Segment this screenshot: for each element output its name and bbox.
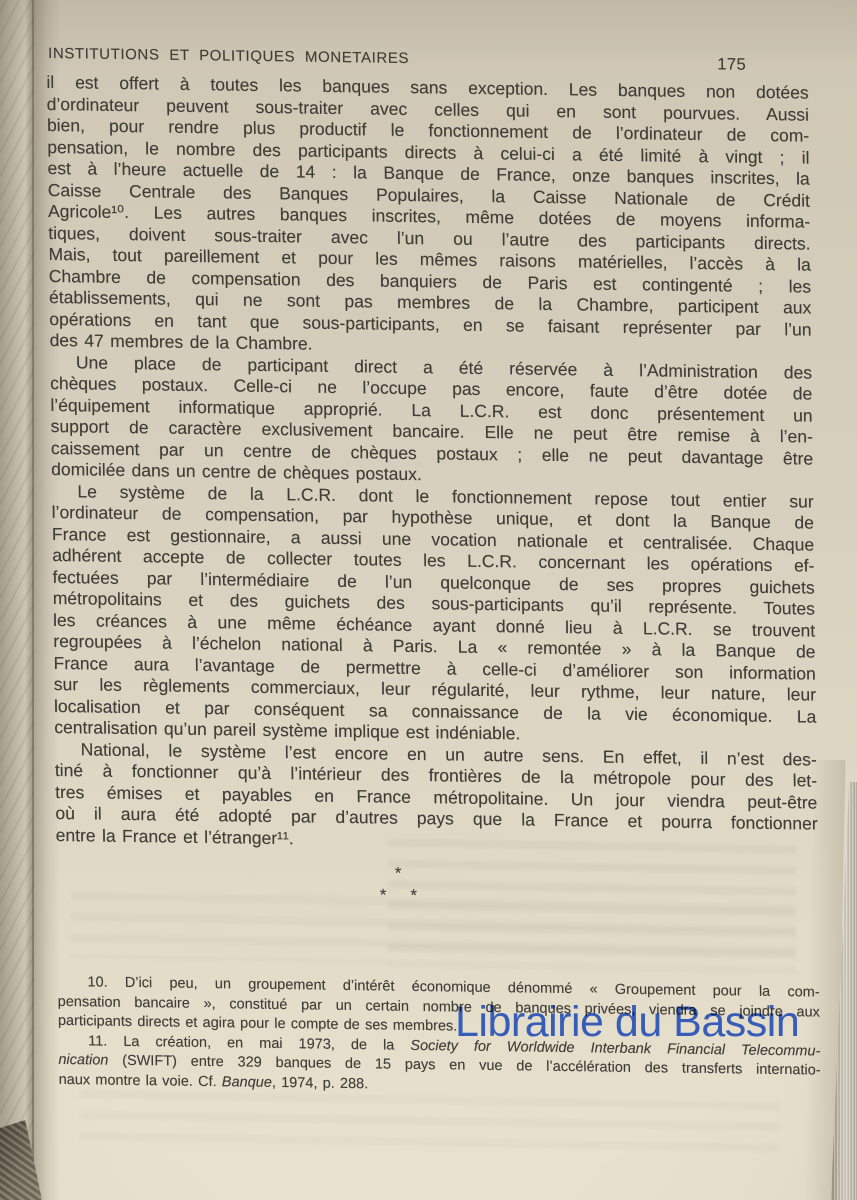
left-page-edge <box>0 0 34 1200</box>
paragraph-1: il est offert à toutes les banques sans … <box>46 72 812 362</box>
body-text: il est offert à toutes les banques sans … <box>46 72 818 857</box>
paragraph-4: National, le système l’est encore en un … <box>54 738 818 856</box>
bookseller-watermark: Librairie du Bassin <box>455 998 799 1047</box>
asterisk-separator: * * * <box>350 862 447 907</box>
asterisk: * <box>380 884 387 906</box>
book-photo: INSTITUTIONS ET POLITIQUES MONETAIRES 17… <box>0 0 857 1200</box>
page-number: 175 <box>717 55 746 74</box>
paragraph-2: Une place de participant direct a été ré… <box>50 351 814 491</box>
asterisk: * <box>395 864 402 883</box>
chapter-title: INSTITUTIONS ET POLITIQUES MONETAIRES <box>48 45 409 67</box>
paragraph-3: Le système de la L.C.R. dont le fonction… <box>51 480 816 749</box>
page-content: INSTITUTIONS ET POLITIQUES MONETAIRES 17… <box>46 44 821 1101</box>
asterisk: * <box>410 885 417 907</box>
